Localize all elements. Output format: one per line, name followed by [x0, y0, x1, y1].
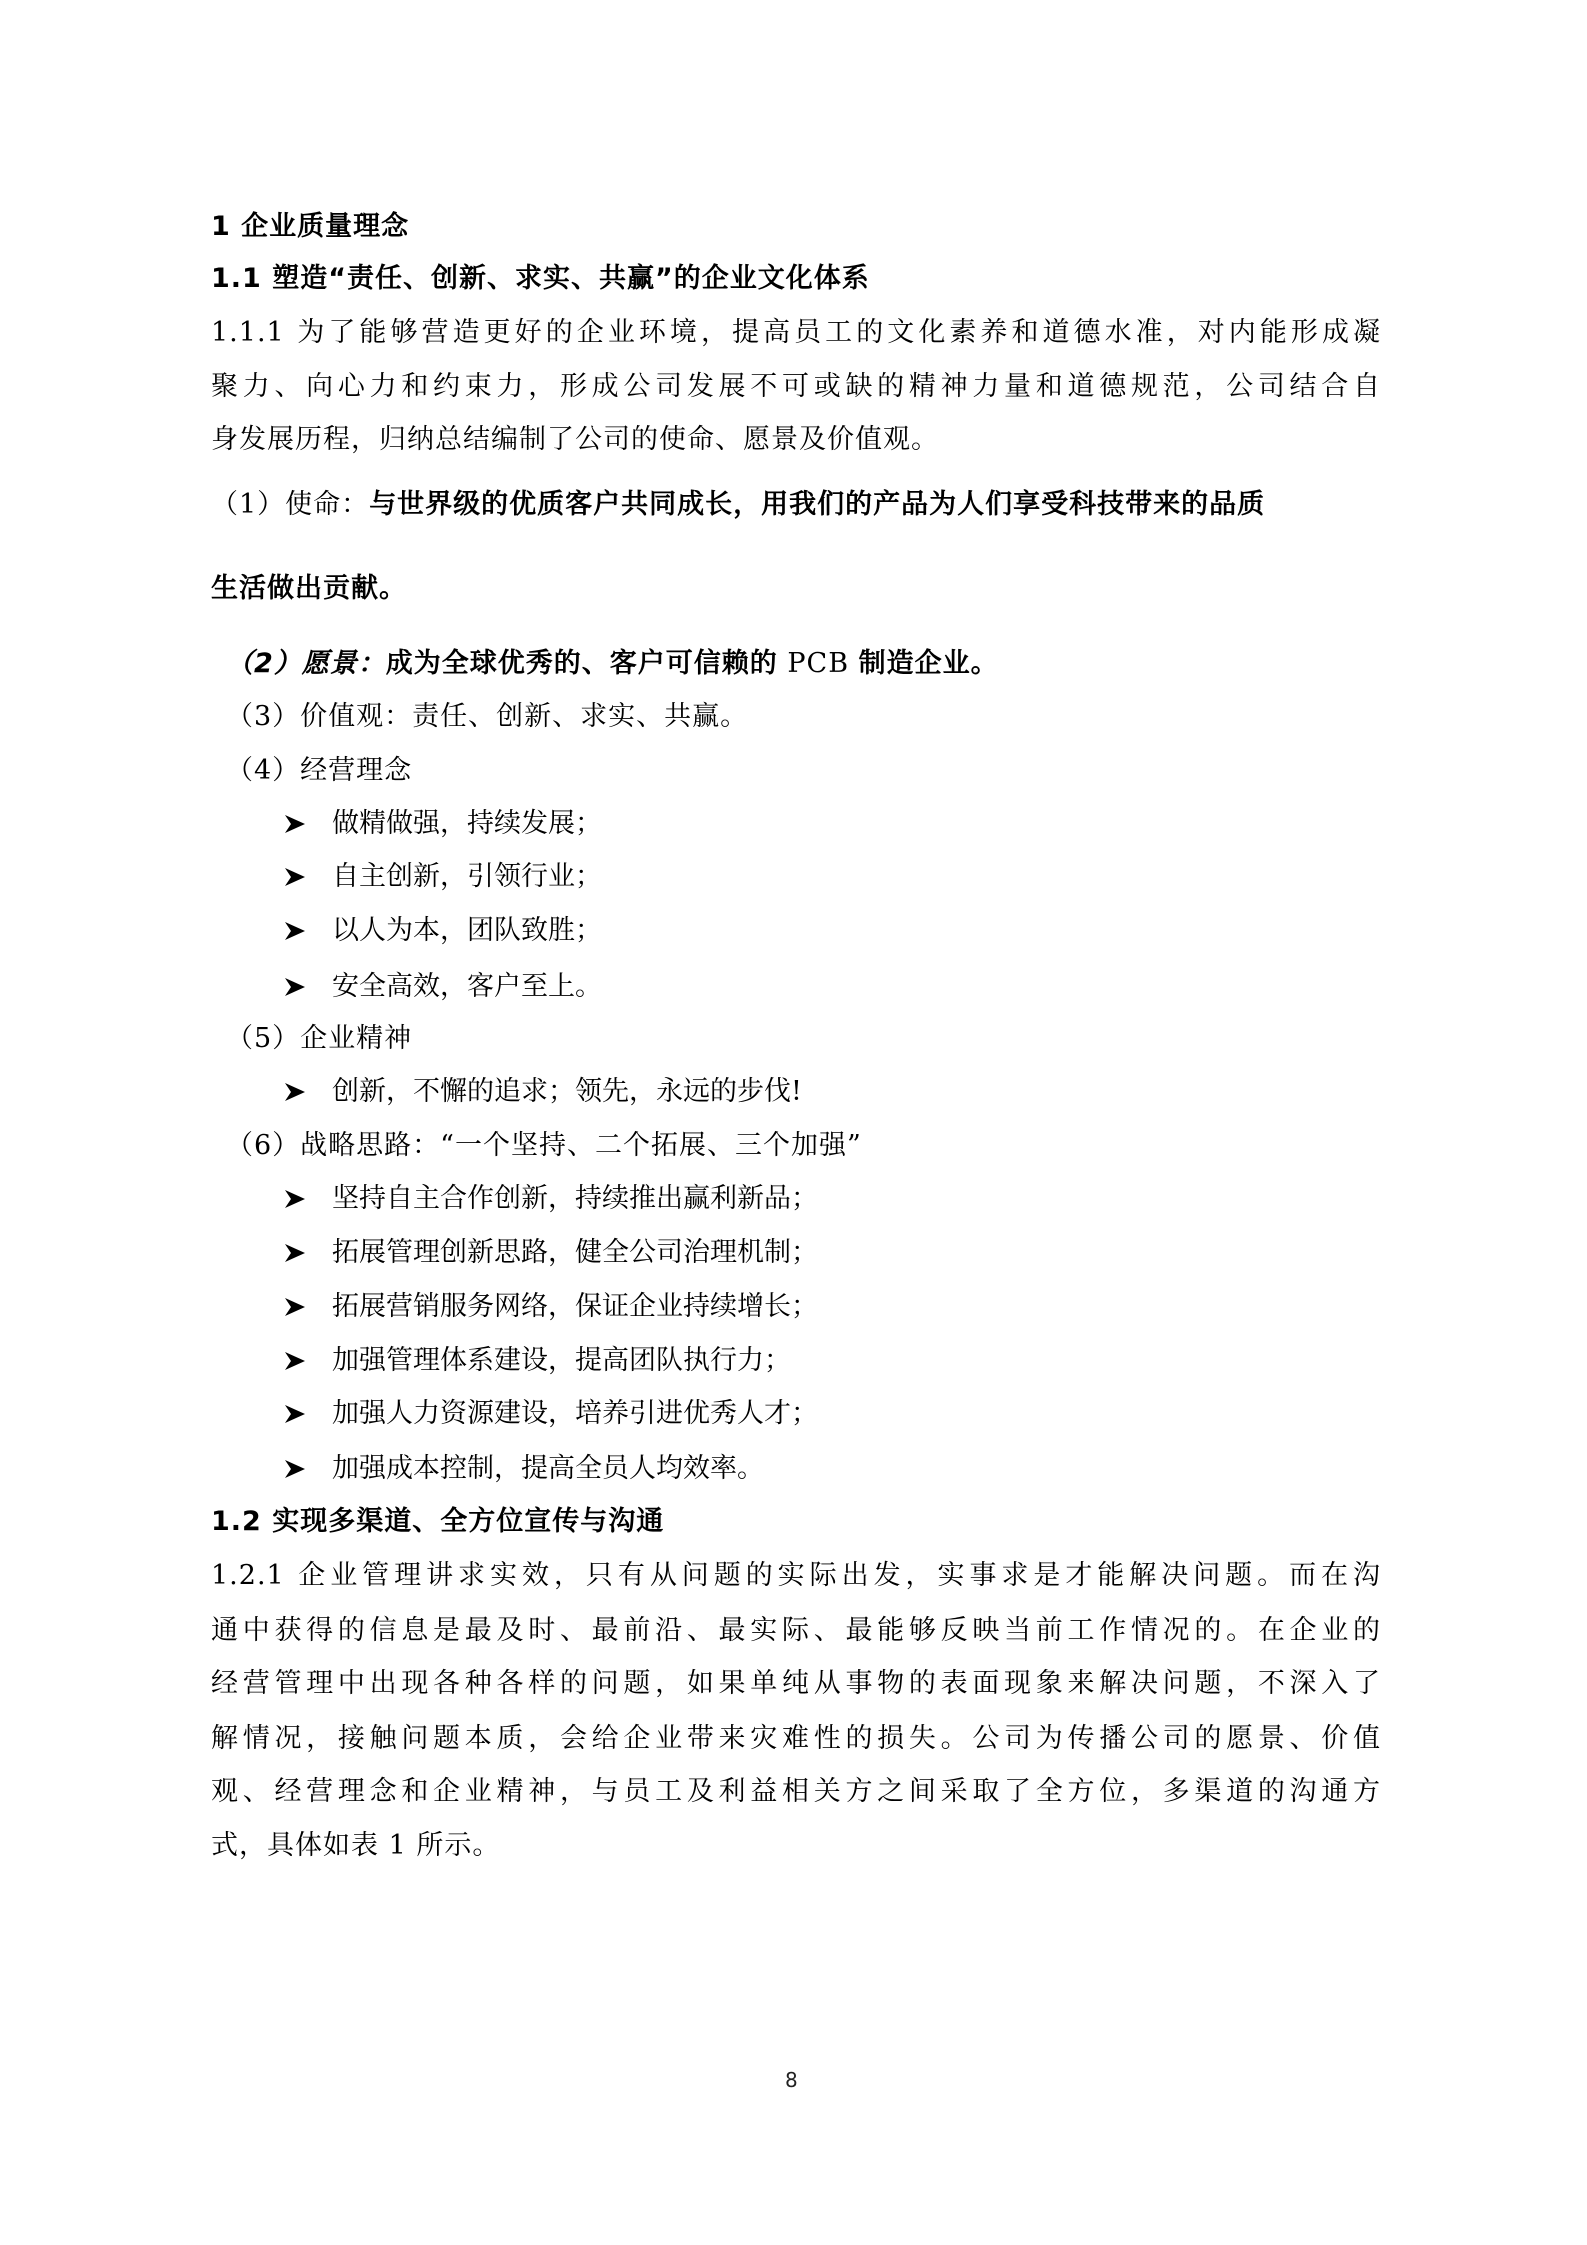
paragraph-1-2-1-line-6: 式，具体如表 1 所示。: [211, 1828, 500, 1864]
paragraph-1-2-1-line-4: 解情况，接触问题本质，会给企业带来灾难性的损失。公司为传播公司的愿景、价值: [211, 1721, 1381, 1757]
page-number: 8: [785, 2068, 798, 2092]
enterprise-spirit-title: （5）企业精神: [226, 1021, 412, 1057]
list-item: 坚持自主合作创新，持续推出赢利新品；: [284, 1181, 818, 1217]
values-line: （3）价值观：责任、创新、求实、共赢。: [226, 699, 748, 735]
arrow-bullet-icon: [284, 913, 332, 949]
list-item: 加强成本控制，提高全员人均效率。: [284, 1451, 764, 1487]
paragraph-1-2-1-line-5: 观、经营理念和企业精神，与员工及利益相关方之间采取了全方位，多渠道的沟通方: [211, 1774, 1381, 1810]
list-item: 加强人力资源建设，培养引进优秀人才；: [284, 1396, 818, 1432]
list-item: 加强管理体系建设，提高团队执行力；: [284, 1343, 791, 1379]
paragraph-1-2-1-line-2: 通中获得的信息是最及时、最前沿、最实际、最能够反映当前工作情况的。在企业的: [211, 1613, 1381, 1649]
arrow-bullet-icon: [284, 1396, 332, 1432]
heading-1: 1 企业质量理念: [211, 209, 409, 245]
vision-line: （2）愿景：成为全球优秀的、客户可信赖的 PCB 制造企业。: [226, 646, 999, 682]
vision-text-a: 成为全球优秀的、客户可信赖的: [386, 648, 778, 679]
vision-pcb: PCB: [778, 648, 859, 679]
mission-line-2: 生活做出贡献。: [211, 571, 407, 607]
mission-text: 与世界级的优质客户共同成长，用我们的产品为人们享受科技带来的品质: [369, 489, 1265, 520]
list-item: 拓展营销服务网络，保证企业持续增长；: [284, 1289, 818, 1325]
business-philosophy-title: （4）经营理念: [226, 753, 412, 789]
paragraph-1-2-1-line-3: 经营管理中出现各种各样的问题，如果单纯从事物的表面现象来解决问题，不深入了: [211, 1666, 1381, 1702]
paragraph-1-1-1-line-3: 身发展历程，归纳总结编制了公司的使命、愿景及价值观。: [211, 422, 939, 458]
arrow-bullet-icon: [284, 1451, 332, 1487]
paragraph-1-1-1-line-1: 1.1.1 为了能够营造更好的企业环境，提高员工的文化素养和道德水准，对内能形成…: [211, 315, 1381, 351]
mission-label: （1）使命：: [211, 489, 369, 520]
list-item: 创新，不懈的追求；领先，永远的步伐!: [284, 1074, 802, 1110]
heading-1-1: 1.1 塑造“责任、创新、求实、共赢”的企业文化体系: [211, 261, 870, 297]
paragraph-1-1-1-line-2: 聚力、向心力和约束力，形成公司发展不可或缺的精神力量和道德规范，公司结合自: [211, 369, 1381, 405]
heading-1-2: 1.2 实现多渠道、全方位宣传与沟通: [211, 1504, 664, 1540]
list-item: 做精做强，持续发展；: [284, 806, 602, 842]
arrow-bullet-icon: [284, 1181, 332, 1217]
vision-label: （2）愿景：: [226, 648, 386, 679]
arrow-bullet-icon: [284, 1289, 332, 1325]
arrow-bullet-icon: [284, 1235, 332, 1271]
list-item: 以人为本，团队致胜；: [284, 913, 602, 949]
arrow-bullet-icon: [284, 1074, 332, 1110]
arrow-bullet-icon: [284, 806, 332, 842]
list-item: 自主创新，引领行业；: [284, 859, 602, 895]
paragraph-1-2-1-line-1: 1.2.1 企业管理讲求实效，只有从问题的实际出发，实事求是才能解决问题。而在沟: [211, 1558, 1381, 1594]
list-item: 拓展管理创新思路，健全公司治理机制；: [284, 1235, 818, 1271]
mission-line-1: （1）使命：与世界级的优质客户共同成长，用我们的产品为人们享受科技带来的品质: [211, 487, 1265, 523]
strategy-title: （6）战略思路：“一个坚持、二个拓展、三个加强”: [226, 1128, 862, 1164]
vision-text-b: 制造企业。: [859, 648, 999, 679]
arrow-bullet-icon: [284, 859, 332, 895]
arrow-bullet-icon: [284, 1343, 332, 1379]
list-item: 安全高效，客户至上。: [284, 969, 602, 1005]
arrow-bullet-icon: [284, 969, 332, 1005]
